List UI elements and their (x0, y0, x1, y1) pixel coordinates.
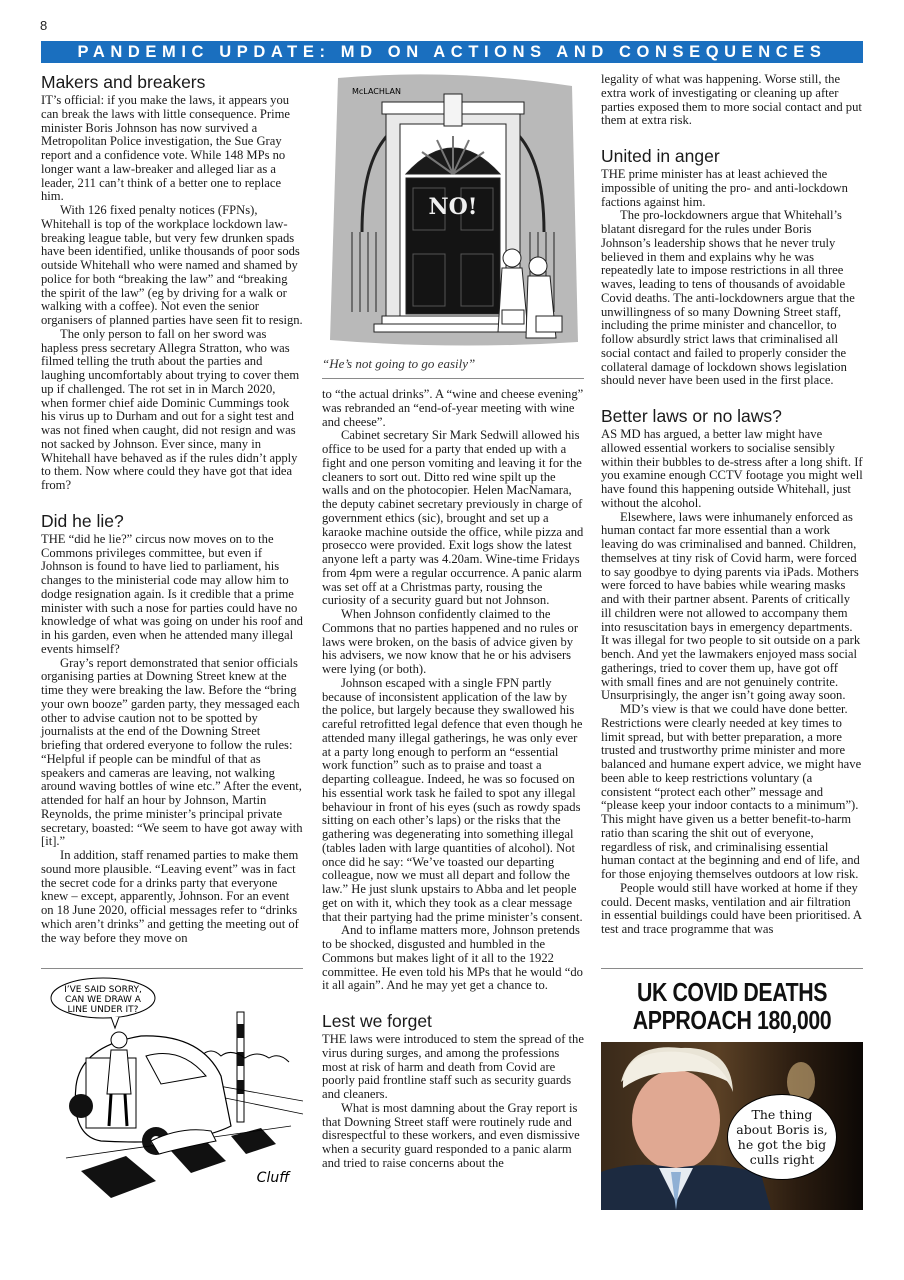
heading-lest-we-forget: Lest we forget (322, 1011, 584, 1031)
artist-signature: Cluff (257, 1170, 292, 1186)
heading-makers-and-breakers: Makers and breakers (41, 72, 303, 92)
door-cartoon-caption: “He’s not going to go easily” (322, 356, 475, 372)
cartoon-car-crossing: I’VE SAID SORRY, CAN WE DRAW A LINE UNDE… (41, 976, 303, 1204)
column-left: Makers and breakers IT’s official: if yo… (41, 72, 303, 945)
cartoon-downing-street-door: McLACHLAN NO! (322, 72, 584, 352)
heading-did-he-lie: Did he lie? (41, 511, 303, 531)
paragraph: In addition, staff renamed parties to ma… (41, 849, 303, 945)
section-banner: PANDEMIC UPDATE: MD ON ACTIONS AND CONSE… (41, 41, 863, 63)
paragraph: AS MD has argued, a better law might hav… (601, 428, 863, 511)
paragraph: Gray’s report demonstrated that senior o… (41, 657, 303, 850)
door-graffiti-no: NO! (429, 194, 478, 220)
paragraph: THE prime minister has at least achieved… (601, 168, 863, 209)
paragraph: When Johnson confidently claimed to the … (322, 608, 584, 677)
speech-line-1: I’VE SAID SORRY, (64, 985, 142, 995)
paragraph: IT’s official: if you make the laws, it … (41, 94, 303, 204)
paragraph: The pro-lockdowners argue that Whitehall… (601, 209, 863, 388)
sidebar-headline: UK COVID DEATHS APPROACH 180,000 (625, 978, 840, 1034)
paragraph: legality of what was happening. Worse st… (601, 73, 863, 128)
paragraph: MD’s view is that we could have done bet… (601, 703, 863, 882)
column-middle: to “the actual drinks”. A “wine and chee… (322, 388, 584, 1171)
paragraph: THE laws were introduced to stem the spr… (322, 1033, 584, 1102)
heading-better-laws: Better laws or no laws? (601, 406, 863, 426)
boris-johnson-photo: The thing about Boris is, he got the big… (601, 1042, 863, 1210)
svg-text:LINE UNDER IT?: LINE UNDER IT? (68, 1005, 139, 1015)
heading-united-in-anger: United in anger (601, 146, 863, 166)
paragraph: to “the actual drinks”. A “wine and chee… (322, 388, 584, 429)
photo-speech-bubble: The thing about Boris is, he got the big… (727, 1094, 837, 1180)
door-cartoon-illustration: McLACHLAN NO! (322, 72, 584, 352)
headline-line-1: UK COVID DEATHS (625, 978, 840, 1006)
column-rule (601, 968, 863, 969)
column-rule (322, 378, 584, 379)
paragraph: THE “did he lie?” circus now moves on to… (41, 533, 303, 657)
paragraph: Elsewhere, laws were inhumanely enforced… (601, 511, 863, 704)
headline-line-2: APPROACH 180,000 (625, 1006, 840, 1034)
svg-text:CAN WE DRAW A: CAN WE DRAW A (65, 995, 142, 1005)
page-number: 8 (40, 18, 47, 33)
paragraph: With 126 fixed penalty notices (FPNs), W… (41, 204, 303, 328)
paragraph: Johnson escaped with a single FPN partly… (322, 677, 584, 925)
paragraph: Cabinet secretary Sir Mark Sedwill allow… (322, 429, 584, 608)
car-cartoon-illustration: I’VE SAID SORRY, CAN WE DRAW A LINE UNDE… (41, 976, 303, 1204)
column-right: legality of what was happening. Worse st… (601, 73, 863, 937)
paragraph: The only person to fall on her sword was… (41, 328, 303, 493)
artist-signature: McLACHLAN (352, 87, 401, 96)
paragraph: People would still have worked at home i… (601, 882, 863, 937)
column-rule (41, 968, 303, 969)
paragraph: And to inflame matters more, Johnson pre… (322, 924, 584, 993)
paragraph: What is most damning about the Gray repo… (322, 1102, 584, 1171)
